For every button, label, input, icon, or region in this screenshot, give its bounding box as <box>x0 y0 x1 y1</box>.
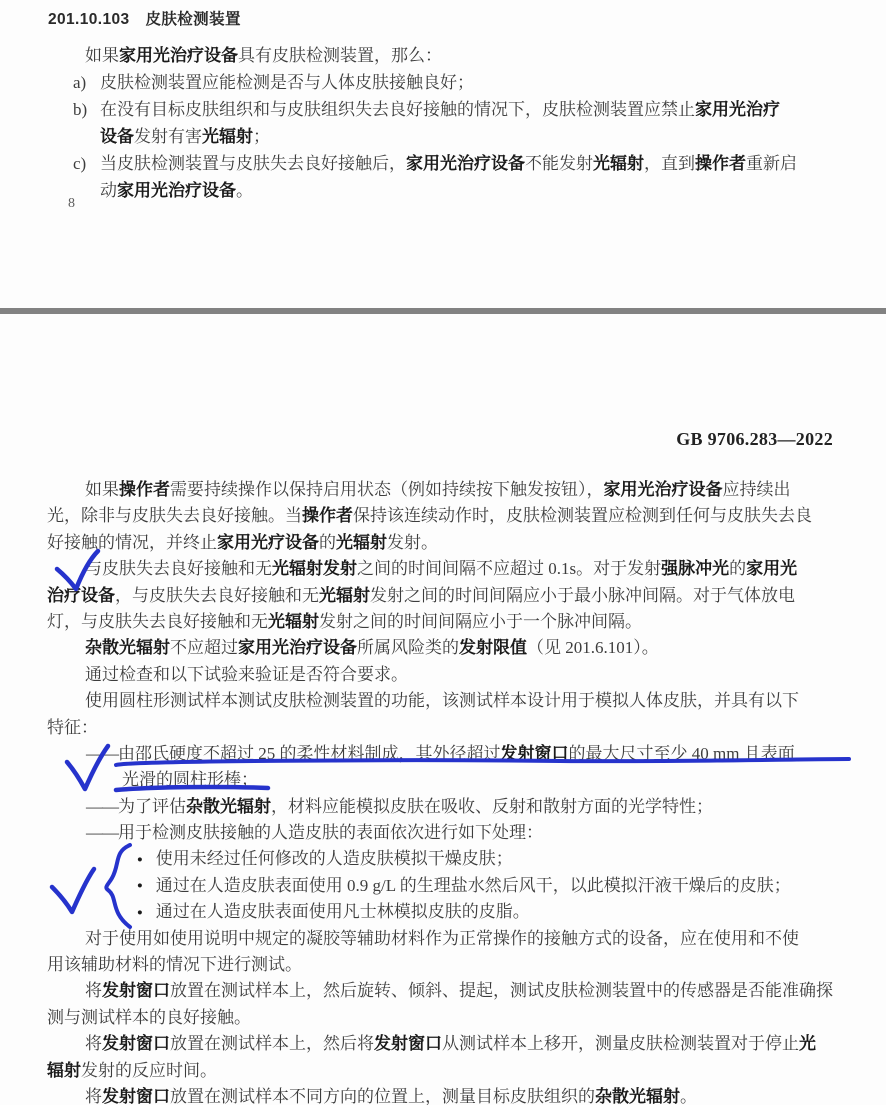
text-line: ——由邵氏硬度不超过 25 的柔性材料制成，其外径超过发射窗口的最大尺寸至少 4… <box>47 741 838 767</box>
text-line: 与皮肤失去良好接触和无光辐射发射之间的时间间隔不应超过 0.1s。对于发射强脉冲… <box>47 556 838 582</box>
text-segment: ，与皮肤失去良好接触和无 <box>115 586 319 605</box>
page1-text-block: 如果家用光治疗设备具有皮肤检测装置，那么：a)皮肤检测装置应能检测是否与人体皮肤… <box>47 42 838 204</box>
text-line: 如果操作者需要持续操作以保持启用状态（例如持续按下触发按钮），家用光治疗设备应持… <box>47 477 838 503</box>
text-line: 灯，与皮肤失去良好接触和无光辐射发射之间的时间间隔应小于一个脉冲间隔。 <box>47 609 838 635</box>
text-line: 杂散光辐射不应超过家用光治疗设备所属风险类的发射限值（见 201.6.101）。 <box>47 635 838 661</box>
text-segment: 灯，与皮肤失去良好接触和无 <box>47 612 268 631</box>
text-segment: 特征： <box>47 718 98 737</box>
text-segment: （见 201.6.101）。 <box>527 638 659 657</box>
text-segment: 所属风险类的 <box>357 638 459 657</box>
text-segment: 放置在测试样本上，然后旋转、倾斜、提起，测试皮肤检测装置中的传感器是否能准确探 <box>170 981 833 1000</box>
bullet-icon: ● <box>137 881 143 891</box>
page-number: 8 <box>68 196 75 212</box>
text-segment: 将 <box>85 1034 102 1053</box>
text-segment: 发射窗口 <box>102 1034 170 1053</box>
text-segment: 发射。 <box>387 533 438 552</box>
text-segment: 发射之间的时间间隔应小于最小脉冲间隔。对于气体放电 <box>370 586 795 605</box>
text-segment: 之间的时间间隔不应超过 0.1s。对于发射 <box>357 559 661 578</box>
text-segment: 通过检查和以下试验来验证是否符合要求。 <box>85 665 408 684</box>
text-segment: ，材料应能模拟皮肤在吸收、反射和散射方面的光学特性； <box>271 797 713 816</box>
text-segment: 的最大尺寸至少 40 mm 且表面 <box>569 744 795 763</box>
text-segment: 测与测试样本的良好接触。 <box>47 1008 251 1027</box>
text-segment: 光辐射发射 <box>272 559 357 578</box>
text-line: ●通过在人造皮肤表面使用凡士林模拟皮肤的皮脂。 <box>47 899 838 925</box>
text-segment: 。 <box>236 181 253 200</box>
text-line: a)皮肤检测装置应能检测是否与人体皮肤接触良好； <box>47 69 838 96</box>
text-line: c)当皮肤检测装置与皮肤失去良好接触后，家用光治疗设备不能发射光辐射，直到操作者… <box>47 150 838 177</box>
text-segment: 用该辅助材料的情况下进行测试。 <box>47 955 302 974</box>
text-segment: ； <box>253 127 270 146</box>
text-segment: 治疗设备 <box>47 586 115 605</box>
text-line: 测与测试样本的良好接触。 <box>47 1005 838 1031</box>
text-segment: ，直到 <box>644 154 695 173</box>
text-segment: 光，除非与皮肤失去良好接触。当 <box>47 506 302 525</box>
text-segment: 需要持续操作以保持启用状态（例如持续按下触发按钮）， <box>170 480 604 499</box>
text-segment: 如果 <box>85 46 119 65</box>
text-segment: 发射限值 <box>459 638 527 657</box>
text-segment: 的 <box>729 559 746 578</box>
text-segment: 家用光治疗设备 <box>119 46 238 65</box>
text-line: ——用于检测皮肤接触的人造皮肤的表面依次进行如下处理： <box>47 820 838 846</box>
text-line: ●使用未经过任何修改的人造皮肤模拟干燥皮肤； <box>47 846 838 872</box>
text-line: 治疗设备，与皮肤失去良好接触和无光辐射发射之间的时间间隔应小于最小脉冲间隔。对于… <box>47 583 838 609</box>
text-segment: 发射窗口 <box>102 981 170 1000</box>
text-segment: 家用光治疗设备 <box>406 154 525 173</box>
text-segment: 强脉冲光 <box>661 559 729 578</box>
text-segment: 家用光治疗设备 <box>238 638 357 657</box>
list-item-label: a) <box>73 69 100 96</box>
text-line: 好接触的情况，并终止家用光疗设备的光辐射发射。 <box>47 530 838 556</box>
text-segment: 皮肤检测装置应能检测是否与人体皮肤接触良好； <box>100 73 474 92</box>
text-segment: 对于使用如使用说明中规定的凝胶等辅助材料作为正常操作的接触方式的设备，应在使用和… <box>85 929 799 948</box>
dash-marker: —— <box>86 823 118 842</box>
text-line: 动家用光治疗设备。 <box>47 177 838 204</box>
text-segment: 保持该连续动作时，皮肤检测装置应检测到任何与皮肤失去良 <box>353 506 812 525</box>
text-segment: 发射有害 <box>134 127 202 146</box>
text-line: 光滑的圆柱形棒； <box>47 767 838 793</box>
text-segment: 将 <box>85 1087 102 1105</box>
bullet-icon: ● <box>137 855 143 865</box>
text-segment: 光辐射 <box>202 127 253 146</box>
dash-marker: —— <box>86 744 118 763</box>
text-segment: 从测试样本上移开，测量皮肤检测装置对于停止 <box>442 1034 799 1053</box>
text-segment: 家用光治疗设备 <box>117 181 236 200</box>
text-segment: 当皮肤检测装置与皮肤失去良好接触后， <box>100 154 406 173</box>
text-segment: 操作者 <box>119 480 170 499</box>
page-divider <box>0 308 886 314</box>
text-line: 将发射窗口放置在测试样本上，然后旋转、倾斜、提起，测试皮肤检测装置中的传感器是否… <box>47 978 838 1004</box>
text-segment: 辐射 <box>47 1061 81 1080</box>
text-segment: 好接触的情况，并终止 <box>47 533 217 552</box>
text-segment: 光辐射 <box>593 154 644 173</box>
text-segment: 如果 <box>85 480 119 499</box>
text-segment: 通过在人造皮肤表面使用 0.9 g/L 的生理盐水然后风干，以此模拟汗液干燥后的… <box>156 876 791 895</box>
text-segment: 动 <box>100 181 117 200</box>
text-segment: 发射的反应时间。 <box>81 1061 217 1080</box>
section-heading: 201.10.103 皮肤检测装置 <box>48 7 241 29</box>
text-segment: 家用光疗设备 <box>217 533 319 552</box>
text-segment: 光滑的圆柱形棒； <box>122 770 258 789</box>
text-line: 通过检查和以下试验来验证是否符合要求。 <box>47 662 838 688</box>
text-segment: 为了评估 <box>118 797 186 816</box>
page2-text-block: 如果操作者需要持续操作以保持启用状态（例如持续按下触发按钮），家用光治疗设备应持… <box>47 477 838 1105</box>
text-line: ●通过在人造皮肤表面使用 0.9 g/L 的生理盐水然后风干，以此模拟汗液干燥后… <box>47 873 838 899</box>
text-segment: 发射窗口 <box>374 1034 442 1053</box>
text-line: 使用圆柱形测试样本测试皮肤检测装置的功能，该测试样本设计用于模拟人体皮肤，并具有… <box>47 688 838 714</box>
text-segment: 光辐射 <box>336 533 387 552</box>
text-segment: 的 <box>319 533 336 552</box>
text-segment: 不能发射 <box>525 154 593 173</box>
text-segment: 使用未经过任何修改的人造皮肤模拟干燥皮肤； <box>156 849 513 868</box>
text-line: 将发射窗口放置在测试样本上，然后将发射窗口从测试样本上移开，测量皮肤检测装置对于… <box>47 1031 838 1057</box>
text-line: b)在没有目标皮肤组织和与皮肤组织失去良好接触的情况下，皮肤检测装置应禁止家用光… <box>47 96 838 123</box>
text-line: 特征： <box>47 715 838 741</box>
text-segment: 操作者 <box>302 506 353 525</box>
text-line: 如果家用光治疗设备具有皮肤检测装置，那么： <box>47 42 838 69</box>
text-segment: 家用光治疗设备 <box>604 480 723 499</box>
standard-number-header: GB 9706.283—2022 <box>676 429 833 450</box>
text-segment: 发射之间的时间间隔应小于一个脉冲间隔。 <box>319 612 642 631</box>
text-segment: 应持续出 <box>723 480 791 499</box>
text-segment: 使用圆柱形测试样本测试皮肤检测装置的功能，该测试样本设计用于模拟人体皮肤，并具有… <box>85 691 799 710</box>
dash-marker: —— <box>86 797 118 816</box>
text-segment: 设备 <box>100 127 134 146</box>
text-segment: 杂散光辐射 <box>595 1087 680 1105</box>
text-segment: 放置在测试样本不同方向的位置上，测量目标皮肤组织的 <box>170 1087 595 1105</box>
text-segment: 发射窗口 <box>501 744 569 763</box>
text-segment: 家用光治疗 <box>695 100 780 119</box>
text-line: ——为了评估杂散光辐射，材料应能模拟皮肤在吸收、反射和散射方面的光学特性； <box>47 794 838 820</box>
text-segment: 杂散光辐射 <box>85 638 170 657</box>
text-segment: 家用光 <box>746 559 797 578</box>
list-item-label: c) <box>73 150 100 177</box>
text-segment: 光辐射 <box>319 586 370 605</box>
text-segment: 将 <box>85 981 102 1000</box>
text-line: 辐射发射的反应时间。 <box>47 1058 838 1084</box>
text-segment: 通过在人造皮肤表面使用凡士林模拟皮肤的皮脂。 <box>156 902 530 921</box>
text-line: 对于使用如使用说明中规定的凝胶等辅助材料作为正常操作的接触方式的设备，应在使用和… <box>47 926 838 952</box>
text-segment: 。 <box>680 1087 697 1105</box>
text-segment: 光 <box>799 1034 816 1053</box>
text-segment: 操作者 <box>695 154 746 173</box>
text-segment: 具有皮肤检测装置，那么： <box>238 46 442 65</box>
text-line: 用该辅助材料的情况下进行测试。 <box>47 952 838 978</box>
text-line: 光，除非与皮肤失去良好接触。当操作者保持该连续动作时，皮肤检测装置应检测到任何与… <box>47 503 838 529</box>
text-segment: 杂散光辐射 <box>186 797 271 816</box>
text-segment: 不应超过 <box>170 638 238 657</box>
text-segment: 放置在测试样本上，然后将 <box>170 1034 374 1053</box>
text-segment: 由邵氏硬度不超过 25 的柔性材料制成，其外径超过 <box>118 744 501 763</box>
text-segment: 在没有目标皮肤组织和与皮肤组织失去良好接触的情况下，皮肤检测装置应禁止 <box>100 100 695 119</box>
text-segment: 重新启 <box>746 154 797 173</box>
bullet-icon: ● <box>137 908 143 918</box>
list-item-label: b) <box>73 96 100 123</box>
text-line: 将发射窗口放置在测试样本不同方向的位置上，测量目标皮肤组织的杂散光辐射。 <box>47 1084 838 1105</box>
text-segment: 用于检测皮肤接触的人造皮肤的表面依次进行如下处理： <box>118 823 543 842</box>
text-segment: 与皮肤失去良好接触和无 <box>85 559 272 578</box>
text-segment: 光辐射 <box>268 612 319 631</box>
text-segment: 发射窗口 <box>102 1087 170 1105</box>
text-line: 设备发射有害光辐射； <box>47 123 838 150</box>
